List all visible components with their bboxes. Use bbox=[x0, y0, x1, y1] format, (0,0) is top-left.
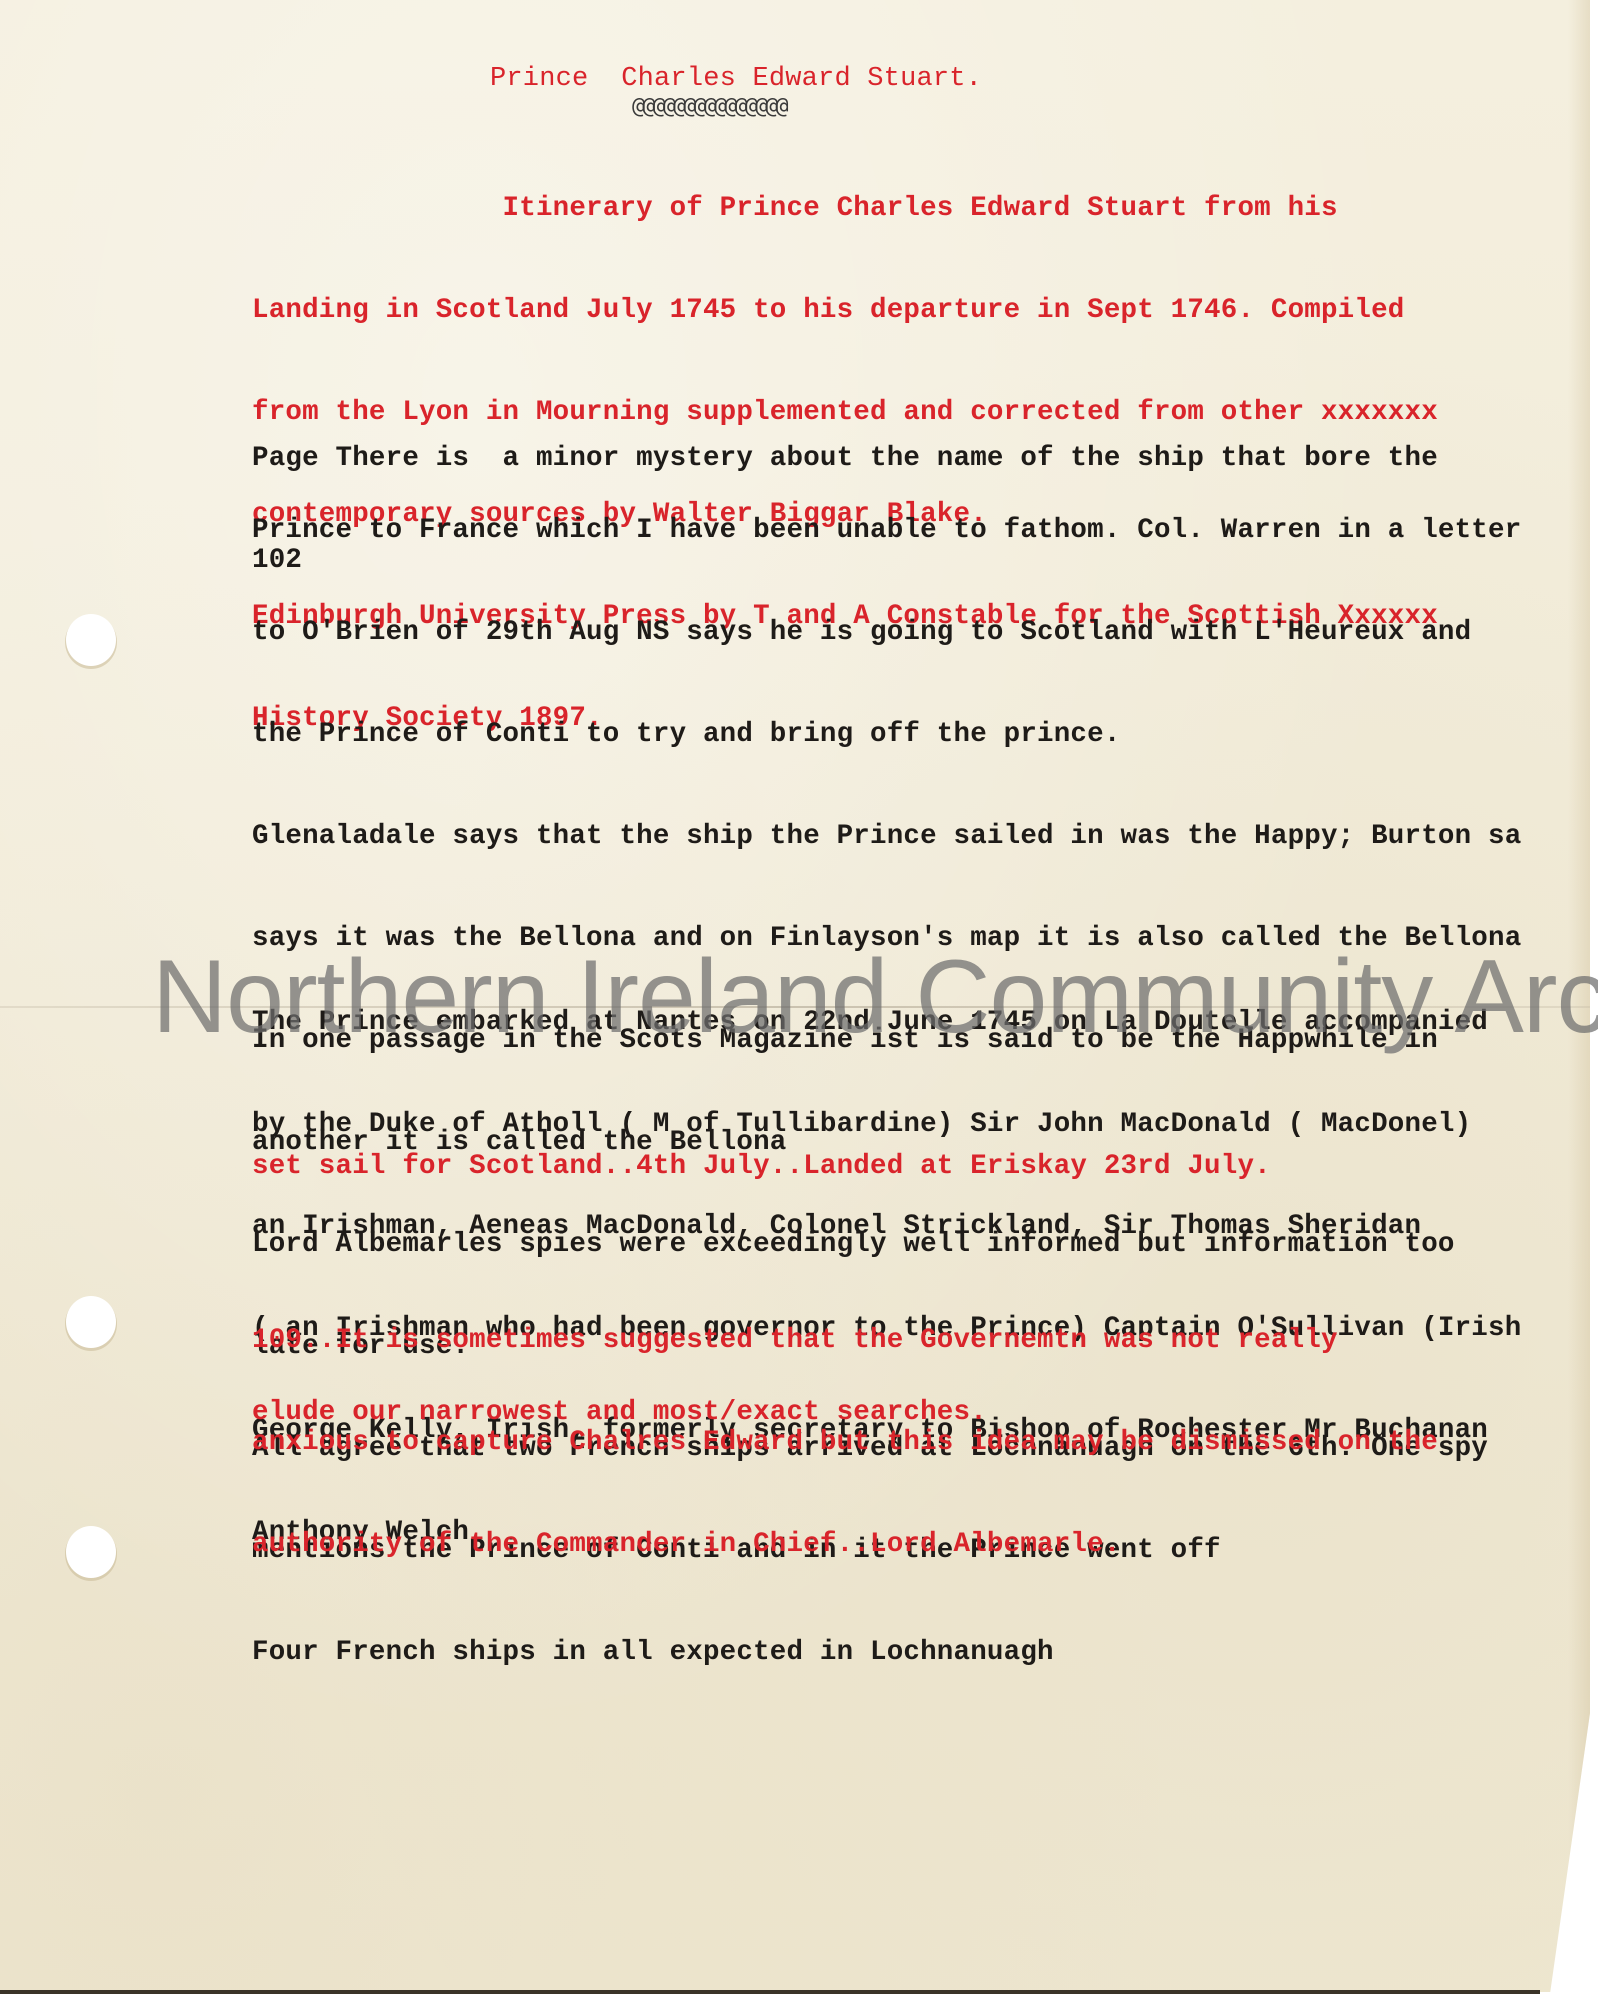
page-bottom-edge bbox=[0, 1990, 1540, 1994]
body-line: Four French ships in all expected in Loc… bbox=[252, 1636, 1521, 1670]
punch-hole-middle bbox=[66, 1296, 116, 1348]
body-line: The Prince embarked at Nantes on 22nd Ju… bbox=[252, 1006, 1521, 1040]
punch-hole-bottom bbox=[66, 1526, 116, 1578]
body-line: an Irishman, Aeneas MacDonald, Colonel S… bbox=[252, 1210, 1521, 1244]
body-line: Glenaladale says that the ship the Princ… bbox=[252, 820, 1521, 854]
punch-hole-top bbox=[66, 614, 116, 666]
body-line: 109..It is sometimes suggested that the … bbox=[252, 1324, 1438, 1358]
body-line: anxious to capture Chalres Edward but th… bbox=[252, 1426, 1438, 1460]
set-sail-line: set sail for Scotland..4th July..Landed … bbox=[252, 1150, 1271, 1184]
body-line: to O'Brien of 29th Aug NS says he is goi… bbox=[252, 616, 1521, 650]
closing-quote-line: elude our narrowest and most/exact searc… bbox=[252, 1396, 987, 1430]
body-line: Prince to France which I have been unabl… bbox=[252, 514, 1521, 548]
body-line: authority of the Commander in Chief..Lor… bbox=[252, 1528, 1438, 1562]
title-strikeover: @@@@@@@@@@@@@@@ bbox=[632, 94, 786, 119]
document-title: Prince Charles Edward Stuart. bbox=[490, 62, 982, 96]
header-line: Itinerary of Prince Charles Edward Stuar… bbox=[252, 192, 1438, 226]
body-line: by the Duke of Atholl ( M of Tullibardin… bbox=[252, 1108, 1521, 1142]
body-line: the Prince of Conti to try and bring off… bbox=[252, 718, 1521, 752]
header-line: Landing in Scotland July 1745 to his dep… bbox=[252, 294, 1438, 328]
